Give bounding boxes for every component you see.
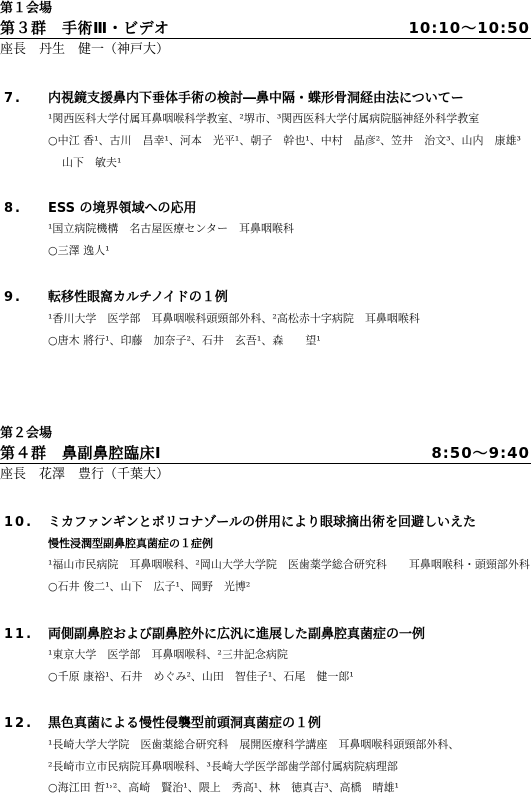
item-affiliation: ¹東京大学 医学部 耳鼻咽喉科、²三井記念病院 [48, 648, 288, 662]
item-affiliation: ¹福山市民病院 耳鼻咽喉科、²岡山大学大学院 医歯薬学総合研究科 耳鼻咽喉科・頭… [48, 558, 530, 572]
item-affiliation: ¹長崎大学大学院 医歯薬総合研究科 展開医療科学講座 耳鼻咽喉科頭頸部外科、 [48, 738, 459, 752]
group-header: 第３群 手術Ⅲ・ビデオ 10:10～10:50 [0, 18, 531, 39]
chairperson: 座長 丹生 健一（神戸大） [0, 42, 169, 58]
item-number: 7. [4, 91, 22, 107]
venue-label: 第１会場 [0, 1, 52, 17]
item-title: 黒色真菌による慢性侵襲型前頭洞真菌症の１例 [48, 716, 321, 732]
item-affiliation: ¹国立病院機構 名古屋医療センター 耳鼻咽喉科 [48, 222, 294, 236]
item-authors: ○中江 香¹、古川 昌幸¹、河本 光平¹、朝子 幹也¹、中村 晶彦²、笠井 治文… [48, 134, 521, 148]
item-title: ミカファンギンとボリコナゾールの併用により眼球摘出術を回避しいえた [48, 515, 476, 531]
item-title: 内視鏡支援鼻内下垂体手術の検討―鼻中隔・蝶形骨洞経由法についてー [48, 91, 464, 107]
item-number: 12. [4, 716, 33, 732]
item-authors: ○石井 俊二¹、山下 広子¹、岡野 光博² [48, 580, 250, 594]
item-number: 11. [4, 627, 33, 643]
item-number: 8. [4, 201, 22, 217]
item-title: 転移性眼窩カルチノイドの１例 [48, 290, 228, 306]
item-title: ESS の境界領域への応用 [48, 201, 197, 217]
item-authors: ○三澤 逸人¹ [48, 244, 110, 258]
item-authors-continued: 山下 敏夫¹ [62, 156, 121, 170]
item-authors: ○海江田 哲¹˒²、高崎 賢治¹、隈上 秀高¹、林 徳真吉³、高橋 晴雄¹ [48, 781, 399, 795]
item-title: 両側副鼻腔および副鼻腔外に広汎に進展した副鼻腔真菌症の一例 [48, 627, 425, 643]
chairperson: 座長 花澤 豊行（千葉大） [0, 467, 169, 483]
item-number: 9. [4, 290, 22, 306]
item-affiliation: ¹香川大学 医学部 耳鼻咽喉科頭頸部外科、²高松赤十字病院 耳鼻咽喉科 [48, 312, 420, 326]
item-number: 10. [4, 515, 33, 531]
group-title: 第３群 手術Ⅲ・ビデオ [0, 18, 169, 38]
item-authors: ○唐木 將行¹、印藤 加奈子²、石井 玄吾¹、森 望¹ [48, 334, 321, 348]
item-affiliation: ²長崎市立市民病院耳鼻咽喉科、³長崎大学医学部歯学部付属病院病理部 [48, 760, 398, 774]
session-time: 10:10～10:50 [409, 18, 531, 38]
venue-label: 第２会場 [0, 426, 52, 442]
item-affiliation: ¹関西医科大学付属耳鼻咽喉科学教室、²堺市、³関西医科大学付属病院脳神経外科学教… [48, 112, 479, 126]
item-authors: ○千原 康裕¹、石井 めぐみ²、山田 智佳子¹、石尾 健一郎¹ [48, 670, 354, 684]
session-time: 8:50～9:40 [431, 443, 530, 463]
item-subtitle: 慢性浸潤型副鼻腔真菌症の１症例 [48, 537, 213, 551]
group-title: 第４群 鼻副鼻腔臨床Ⅰ [0, 443, 161, 463]
group-header: 第４群 鼻副鼻腔臨床Ⅰ 8:50～9:40 [0, 443, 531, 464]
